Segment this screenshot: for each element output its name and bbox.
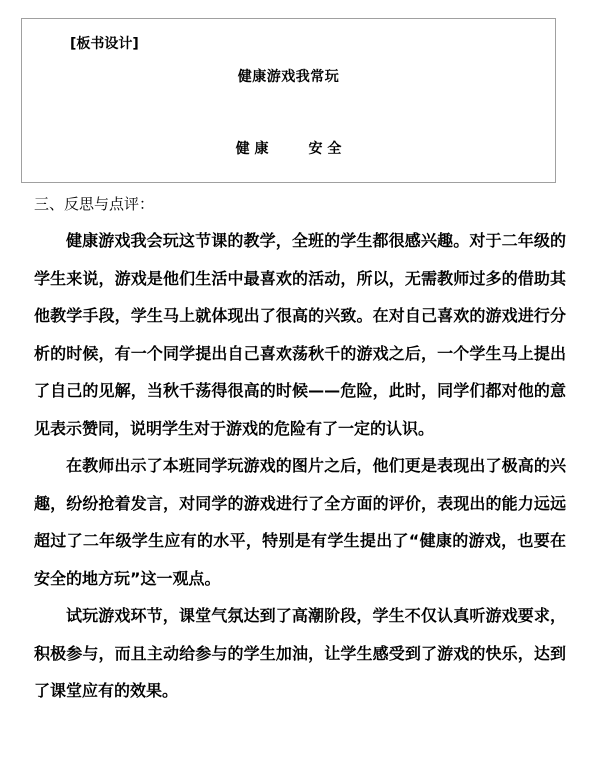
board-title: 健康游戏我常玩 [22,66,555,86]
paragraph: 在教师出示了本班同学玩游戏的图片之后，他们更是表现出了极高的兴趣，纷纷抢着发言，… [34,447,566,597]
keyword-safety: 安 全 [309,138,342,158]
board-keywords: 健 康安 全 [22,138,555,158]
paragraph: 健康游戏我会玩这节课的教学，全班的学生都很感兴趣。对于二年级的学生来说，游戏是他… [34,222,566,447]
board-design-label: [板书设计] [70,33,139,53]
keyword-health: 健 康 [236,138,269,158]
section-heading: 三、反思与点评： [34,193,154,214]
board-design-box: [板书设计] 健康游戏我常玩 健 康安 全 [21,18,556,183]
paragraph: 试玩游戏环节，课堂气氛达到了高潮阶段，学生不仅认真听游戏要求，积极参与，而且主动… [34,597,566,710]
reflection-content: 健康游戏我会玩这节课的教学，全班的学生都很感兴趣。对于二年级的学生来说，游戏是他… [34,222,566,710]
